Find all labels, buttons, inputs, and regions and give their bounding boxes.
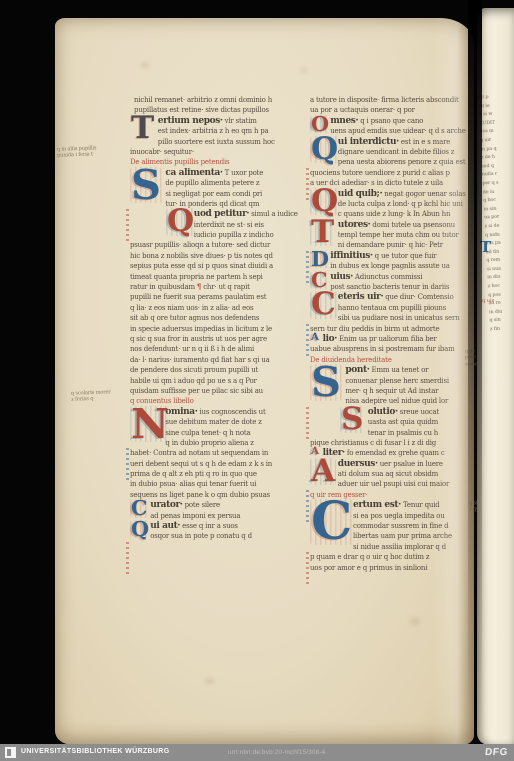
lemma-block-S: Sca alimenta· T uxor potede pupillo alim…: [130, 168, 306, 210]
library-logo-icon: [5, 747, 16, 758]
text-line: olutio· sreue uocat: [368, 407, 472, 417]
text-line: si ea pos uegla impedita ou: [353, 511, 472, 521]
lemma-text: urator·: [150, 500, 182, 510]
library-name: UNIVERSITÄTSBIBLIOTHEK WÜRZBURG: [21, 748, 170, 755]
text-line: inuocabr· sequitur·: [130, 147, 306, 157]
lemma-block-T: Tutores· domi tutele ua psensonutempl te…: [310, 220, 472, 251]
text-line: in specie aduersus impedias in licitum z…: [130, 324, 306, 334]
text-line: sit ab q ore tutor agnus nos defendens: [130, 313, 306, 323]
drop-initial-T: T: [130, 115, 155, 142]
text-line: ertium nepos· vlr statim: [158, 116, 306, 126]
drop-initial-A: A: [310, 458, 336, 485]
drop-initial-A: A: [310, 333, 320, 342]
text-line: pont· Emm ua tenet or: [345, 365, 472, 375]
drop-initial-C: C: [310, 499, 353, 545]
text-line: sue debitum mater de dote z: [165, 417, 306, 427]
text-line: iffinitius· q ue tutor que fuir: [330, 251, 472, 261]
drop-initial-D: D: [310, 250, 330, 268]
drop-initial-Q: Q: [130, 520, 150, 538]
lemma-block-C: Certum est· Tenur quidsi ea pos uegla im…: [310, 500, 472, 552]
text-line: uius· Adiunctus commissi: [330, 272, 472, 282]
filigree-tail: [126, 209, 129, 243]
text-line: in dubio psua· alias qui tenar fuerit ui: [130, 479, 306, 489]
urn-identifier: urn:nbn:de:bvb:20-mchf15/308-4: [228, 749, 325, 756]
lemma-text: ertium nepos·: [158, 116, 223, 126]
lemma-text: ertum est·: [353, 500, 401, 510]
text-line: a tutore in disposite· firma licteris ab…: [310, 95, 472, 105]
drop-initial-T: T: [310, 219, 335, 246]
lemma-block-Q: Quod petitur· simul a iudiceinterdixit n…: [130, 209, 306, 240]
text-line: de pupillo alimenta petere z: [165, 178, 306, 188]
text-line: ueri debent sequi ut s q h de edam z k s…: [130, 459, 306, 469]
filigree-tail: [306, 168, 309, 202]
text-line: hic bona z nobilis sive diues· p tis not…: [130, 251, 306, 261]
drop-initial-Q: Q: [310, 136, 339, 163]
lemma-text: ui interdictu·: [338, 137, 399, 147]
text-line: post sanctio bacteris tenur in dariis: [330, 282, 472, 292]
lemma-text: omina·: [165, 407, 197, 417]
text-line: ratur in quibusdam ¶ chr· ut q rapit: [130, 282, 306, 292]
lemma-text: utores·: [338, 220, 371, 230]
text-line: aduer uir uel psupi uisi cui maior: [338, 479, 472, 489]
text-line: quisdam suffisse per ue pilac sic sibi a…: [130, 386, 306, 396]
filigree-tail: [306, 552, 309, 586]
text-column-left: nichil remanet· arbitrio z omni dominio …: [130, 95, 306, 542]
text-line: q in dubio proprio aliena z: [165, 438, 306, 448]
text-line: quociens tutore uendiore z purid c alias…: [310, 168, 472, 178]
text-line: sequens ns liget pane k o qm dubio psuas: [130, 490, 306, 500]
lemma-block-C: Curator· pote sileread penas imponi ex p…: [130, 500, 306, 521]
text-line: commodar sussrem in fine d: [353, 521, 472, 531]
text-line: templ tempe her muta chm ou tutor: [338, 230, 472, 240]
library-footer-bar: UNIVERSITÄTSBIBLIOTHEK WÜRZBURG urn:nbn:…: [0, 744, 514, 761]
text-line: libertas uam pur prima arche: [353, 531, 472, 541]
text-line: habile ui qm i aduo qd po ue s a q Por: [130, 376, 306, 386]
facing-page-text-fragment: z fin: [490, 325, 507, 334]
text-line: mnes· q i psano que cano: [330, 116, 472, 126]
text-line: sine culpa tenet· q h nota: [165, 428, 306, 438]
text-line: ui interdictu· est in e s mare: [338, 137, 472, 147]
lemma-text: uius·: [330, 272, 353, 282]
filigree-tail: [306, 407, 309, 441]
scan-viewport: nichil remanet· arbitrio z omni dominio …: [0, 0, 514, 761]
text-line: pupillatus est retine· sive dictas pupil…: [130, 105, 306, 115]
lemma-text: duersus·: [338, 459, 378, 469]
text-line: urator· pote silere: [150, 500, 306, 510]
text-line: nichil remanet· arbitrio z omni dominio …: [130, 95, 306, 105]
text-line: si negligat por eam condi pri: [165, 189, 306, 199]
lemma-block-Q: Quid quib;· negat gogor uenar solasde lu…: [310, 189, 472, 220]
text-line: sibi ua pudiare nosi in unicatus sern: [338, 313, 472, 323]
parchment-stain: [141, 62, 149, 68]
lemma-text: ca alimenta·: [165, 168, 222, 178]
text-line: pupilli ne fuerit sua perams paulatim es…: [130, 292, 306, 302]
text-line: de lucta culpa z lond· q p kchl hic uni: [338, 199, 472, 209]
drop-initial-N: N: [130, 406, 170, 443]
text-line: ati dolum sua aq sicut obsidm: [338, 469, 472, 479]
text-line: de pendere dos sicuti proum pupilli ut: [130, 365, 306, 375]
filigree-tail: [306, 490, 309, 524]
text-line: pique christianus c di fusar l i z di di…: [310, 438, 472, 448]
parchment-stain: [301, 68, 307, 73]
manuscript-page: nichil remanet· arbitrio z omni dominio …: [55, 18, 474, 745]
text-line: est index· arbitria z h eo qm h pa: [158, 126, 306, 136]
drop-initial-S: S: [340, 406, 365, 433]
text-line: habet· Contra ad notam ut sequendam in: [130, 448, 306, 458]
facing-page-edge: nit pad leq si wAUDITuos mq uirin pa qz …: [477, 8, 514, 745]
paragraph-mark: ¶: [197, 282, 201, 291]
facing-page-initial: T: [480, 238, 491, 256]
text-line: sern tur diu peddis in birm ut admorte: [310, 324, 472, 334]
text-line: omina· ius cognoscendis ut: [165, 407, 306, 417]
text-line: timeat quanta propria ne partem h sepi: [130, 272, 306, 282]
text-line: q lia· z eos niam uos· in z alia· ad eos: [130, 303, 306, 313]
text-line: liter· fo emendad ex grehe quam c: [323, 448, 472, 458]
text-line: p quam e drar q o uir q hoc dutim z: [310, 552, 472, 562]
text-line: ertum est· Tenur quid: [353, 500, 472, 510]
parchment-stain: [410, 618, 420, 625]
text-line: eteris uir· que diur· Comtensio: [338, 292, 472, 302]
text-line: nos defendunt· ur n q ii ß i h de alimi: [130, 344, 306, 354]
text-line: uod petitur· simul a iudice: [194, 209, 306, 219]
text-line: iudicio pupilla z indicho: [194, 230, 306, 240]
drop-initial-Q: Q: [310, 188, 339, 215]
text-line: uos por amor e q primus in sinlioni: [310, 563, 472, 573]
text-line: sepius puta esse qd si p quos sinat diui…: [130, 261, 306, 271]
lemma-block-A: Aduersus· uer psalue in luereati dolum s…: [310, 459, 472, 490]
text-line: ui aut· esse q inr a suos: [150, 521, 306, 531]
drop-initial-C: C: [130, 499, 149, 517]
text-line: nisa adepire uel nidue quid lor: [345, 396, 472, 406]
text-line: ni demandare punir· q hic· Petr: [338, 240, 472, 250]
lemma-text: pont·: [345, 365, 369, 375]
text-line: conuenar plense herc smerdisi: [345, 376, 472, 386]
text-column-right: a tutore in disposite· firma licteris ab…: [310, 95, 472, 573]
lemma-block-D: Diffinitius· q ue tutor que fuirin dubus…: [310, 251, 472, 272]
lemma-block-N: Nomina· ius cognoscendis utsue debitum m…: [130, 407, 306, 449]
text-line: in dubus ex longe pagnlis assute ua: [330, 261, 472, 271]
text-line: ca alimenta· T uxor pote: [165, 168, 306, 178]
dfg-logo: DFG: [485, 747, 509, 758]
drop-initial-S: S: [130, 167, 162, 204]
text-line: pillo suortere est iuxta sussum hoc: [158, 137, 306, 147]
text-line: uasta ast quia quidm: [368, 417, 472, 427]
text-line: uid quib;· negat gogor uenar solas: [338, 189, 472, 199]
filigree-tail: [126, 542, 129, 576]
lemma-text: mnes·: [330, 116, 358, 126]
filigree-tail: [306, 324, 309, 358]
text-line: ad penas imponi ex persua: [150, 511, 306, 521]
lemma-text: iffinitius·: [330, 251, 372, 261]
text-line: utores· domi tutele ua psensonu: [338, 220, 472, 230]
text-line: osqor sua in pote p conatu q d: [150, 531, 306, 541]
filigree-tail: [306, 251, 309, 285]
lemma-block-S: Solutio· sreue uocatuasta ast quia quidm…: [310, 407, 472, 438]
text-line: interdixit ne st· si eis: [194, 220, 306, 230]
lemma-block-T: Tertium nepos· vlr statimest index· arbi…: [130, 116, 306, 158]
lemma-text: eteris uir·: [338, 292, 383, 302]
lemma-block-C: Ceteris uir· que diur· Comtensiohanno te…: [310, 292, 472, 323]
drop-initial-Q: Q: [166, 208, 195, 235]
lemma-text: uid quib;·: [338, 189, 382, 199]
text-line: pena uesta abiorens penore z quia est: [338, 157, 472, 167]
lemma-block-S: Spont· Emm ua tenet orconuenar plense he…: [310, 365, 472, 407]
text-line: prima de q alt z eh pti q ro in quo que: [130, 469, 306, 479]
text-line: lio· Enim ua pr ualiorum filia ber: [323, 334, 472, 344]
text-line: q sic q sua fror in austris ut uos per a…: [130, 334, 306, 344]
text-line: da· l· narius· iuramento qd fiat har s q…: [130, 355, 306, 365]
filigree-tail: [126, 448, 129, 482]
text-line: tenar in psalmis cu h: [368, 428, 472, 438]
lemma-text: lio·: [323, 334, 337, 344]
text-line: ua por a uctaquis onerar· q por: [310, 105, 472, 115]
lemma-text: uod petitur·: [194, 209, 249, 219]
facing-page-red-mark: q uir: [482, 298, 494, 304]
text-line: si nidue assilia implorar q d: [353, 542, 472, 552]
text-line: hanno tentaua cm pupilli piouns: [338, 303, 472, 313]
text-line: c quans uide z lung· k In Abun hn: [338, 209, 472, 219]
text-line: mer· q h sequir ut Ad instar: [345, 386, 472, 396]
text-line: duersus· uer psalue in luere: [338, 459, 472, 469]
lemma-block-Q: Qui interdictu· est in e s maredignare u…: [310, 137, 472, 168]
text-line: uabue abusprens in si postremam fur ibam: [310, 344, 472, 354]
drop-initial-S: S: [310, 364, 342, 401]
lemma-block-A: Alio· Enim ua pr ualiorum filia beruabue…: [310, 334, 472, 355]
lemma-block-Q: Qui aut· esse q inr a suososqor sua in p…: [130, 521, 306, 542]
parchment-stain: [205, 678, 214, 684]
lemma-text: olutio·: [368, 407, 398, 417]
margin-note: q in aliis pupillis punida i feria t·: [57, 145, 97, 159]
lemma-text: ui aut·: [150, 521, 180, 531]
text-line: psuasr pupillis· alioqn a tutore· sed di…: [130, 240, 306, 250]
margin-note: q scolaris morer z ferias q·: [71, 389, 111, 403]
text-line: dignare uendicant in debite filios z: [338, 147, 472, 157]
text-line: uens apud emdis sue uidear· q d s arche: [330, 126, 472, 136]
drop-initial-C: C: [310, 291, 337, 318]
